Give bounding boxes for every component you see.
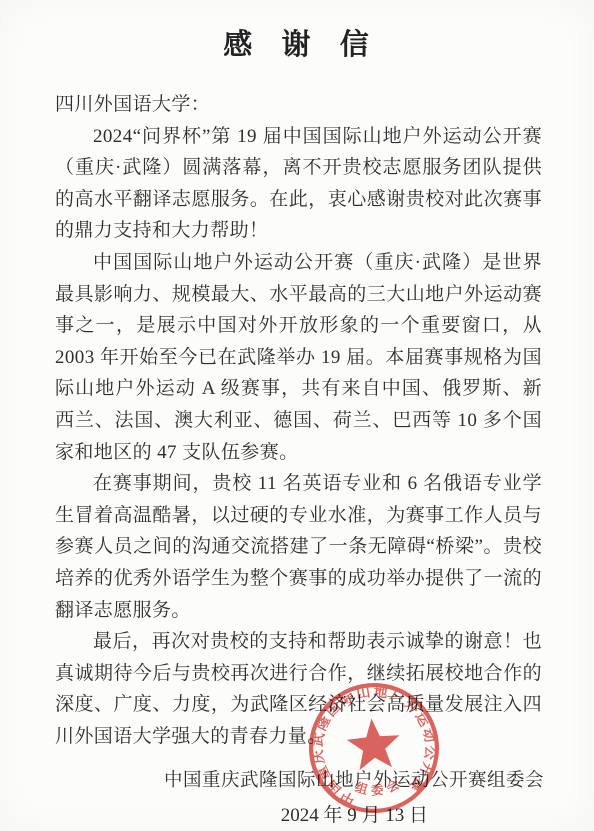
paragraph-4: 最后，再次对贵校的支持和帮助表示诚挚的谢意！也真诚期待今后与贵校再次进行合作，继…: [55, 626, 542, 752]
paragraph-3: 在赛事期间，贵校 11 名英语专业和 6 名俄语专业学生冒着高温酷暑，以过硬的专…: [55, 468, 542, 626]
signature-date: 2024 年 9 月 13 日: [0, 799, 428, 831]
thank-you-letter-page: 感 谢 信 四川外国语大学： 2024“问界杯”第 19 届中国国际山地户外运动…: [0, 0, 594, 831]
paragraph-2: 中国国际山地户外运动公开赛（重庆·武隆）是世界最具影响力、规模最大、水平最高的三…: [55, 247, 542, 468]
paragraph-1: 2024“问界杯”第 19 届中国国际山地户外运动公开赛（重庆·武隆）圆满落幕，…: [55, 121, 542, 247]
letter-body: 四川外国语大学： 2024“问界杯”第 19 届中国国际山地户外运动公开赛（重庆…: [55, 89, 542, 752]
letter-title: 感 谢 信: [0, 22, 594, 63]
salutation: 四川外国语大学：: [55, 89, 542, 121]
signature-block: 中国重庆武隆国际山地户外运动公开赛组委会 2024 年 9 月 13 日: [0, 766, 594, 831]
signature-organization: 中国重庆武隆国际山地户外运动公开赛组委会: [0, 766, 544, 797]
